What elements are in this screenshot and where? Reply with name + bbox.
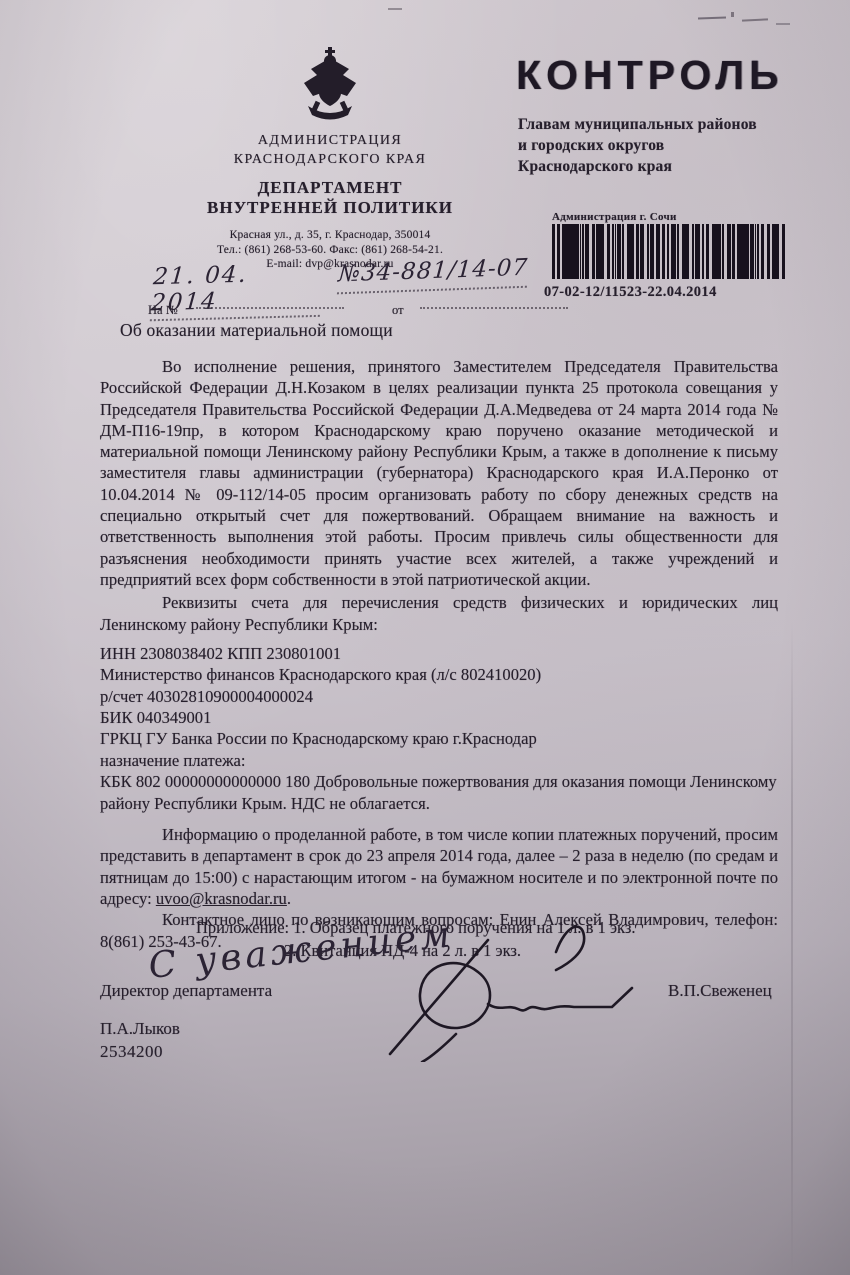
org-name-line2: КРАСНОДАРСКОГО КРАЯ <box>150 150 510 169</box>
signer-position: Директор департамента <box>100 981 272 1001</box>
paper-crease <box>791 620 793 1275</box>
barcode-label: Администрация г. Сочи <box>552 211 677 223</box>
requisite-kbk: КБК 802 00000000000000 180 Добровольные … <box>100 771 778 814</box>
body-paragraph-2: Реквизиты счета для перечисления средств… <box>100 592 778 635</box>
reply-date-blank <box>420 295 568 309</box>
requisite-bik: БИК 040349001 <box>100 707 778 728</box>
letterhead-address: Красная ул., д. 35, г. Краснодар, 350014 <box>150 228 510 243</box>
signature-scribble <box>360 912 650 1062</box>
reply-to-number-label: На № <box>148 303 178 318</box>
requisite-payment-purpose-label: назначение платежа: <box>100 750 778 771</box>
signer-name: В.П.Свеженец <box>668 981 772 1001</box>
dept-name-line2: ВНУТРЕННЕЙ ПОЛИТИКИ <box>150 198 510 218</box>
org-name-line1: АДМИНИСТРАЦИЯ <box>150 131 510 150</box>
body-paragraph-3: Информацию о проделанной работе, в том ч… <box>100 824 778 909</box>
letterhead-phone-fax: Тел.: (861) 268-53-60. Факс: (861) 268-5… <box>150 243 510 258</box>
addressee-line: и городских округов <box>518 135 757 156</box>
photo-artifact <box>388 8 402 10</box>
letterhead: АДМИНИСТРАЦИЯ КРАСНОДАРСКОГО КРАЯ ДЕПАРТ… <box>150 46 510 272</box>
email-address: uvoo@krasnodar.ru <box>156 889 287 908</box>
addressee-line: Главам муниципальных районов <box>518 114 757 135</box>
barcode-number: 07-02-12/11523-22.04.2014 <box>544 284 717 301</box>
addressee-block: Главам муниципальных районов и городских… <box>518 114 757 177</box>
executor-name: П.А.Лыков <box>100 1019 180 1039</box>
photo-artifact <box>742 18 768 21</box>
letter-body: Во исполнение решения, принятого Замести… <box>100 356 778 952</box>
bank-requisites: ИНН 2308038402 КПП 230801001 Министерств… <box>100 643 778 814</box>
requisite-account: р/счет 40302810900004000024 <box>100 686 778 707</box>
requisite-bank: ГРКЦ ГУ Банка России по Краснодарскому к… <box>100 728 778 749</box>
photo-artifact <box>776 23 790 25</box>
reply-number-blank <box>196 295 344 309</box>
subject-line: Об оказании материальной помощи <box>120 320 393 341</box>
reply-date-label: от <box>392 303 404 318</box>
handwritten-outgoing-number: №34-881/14-07 <box>337 255 529 295</box>
paragraph-3-period: . <box>287 889 291 908</box>
requisite-ministry: Министерство финансов Краснодарского кра… <box>100 664 778 685</box>
barcode <box>552 224 785 279</box>
executor-phone: 2534200 <box>100 1042 163 1062</box>
photo-artifact <box>698 17 726 20</box>
coat-of-arms-icon <box>300 46 360 126</box>
addressee-line: Краснодарского края <box>518 156 757 177</box>
photo-artifact <box>731 12 734 17</box>
requisite-inn-kpp: ИНН 2308038402 КПП 230801001 <box>100 643 778 664</box>
document-photo: АДМИНИСТРАЦИЯ КРАСНОДАРСКОГО КРАЯ ДЕПАРТ… <box>0 0 850 1275</box>
control-stamp: КОНТРОЛЬ <box>516 52 783 99</box>
body-paragraph-1: Во исполнение решения, принятого Замести… <box>100 356 778 590</box>
dept-name-line1: ДЕПАРТАМЕНТ <box>150 178 510 198</box>
